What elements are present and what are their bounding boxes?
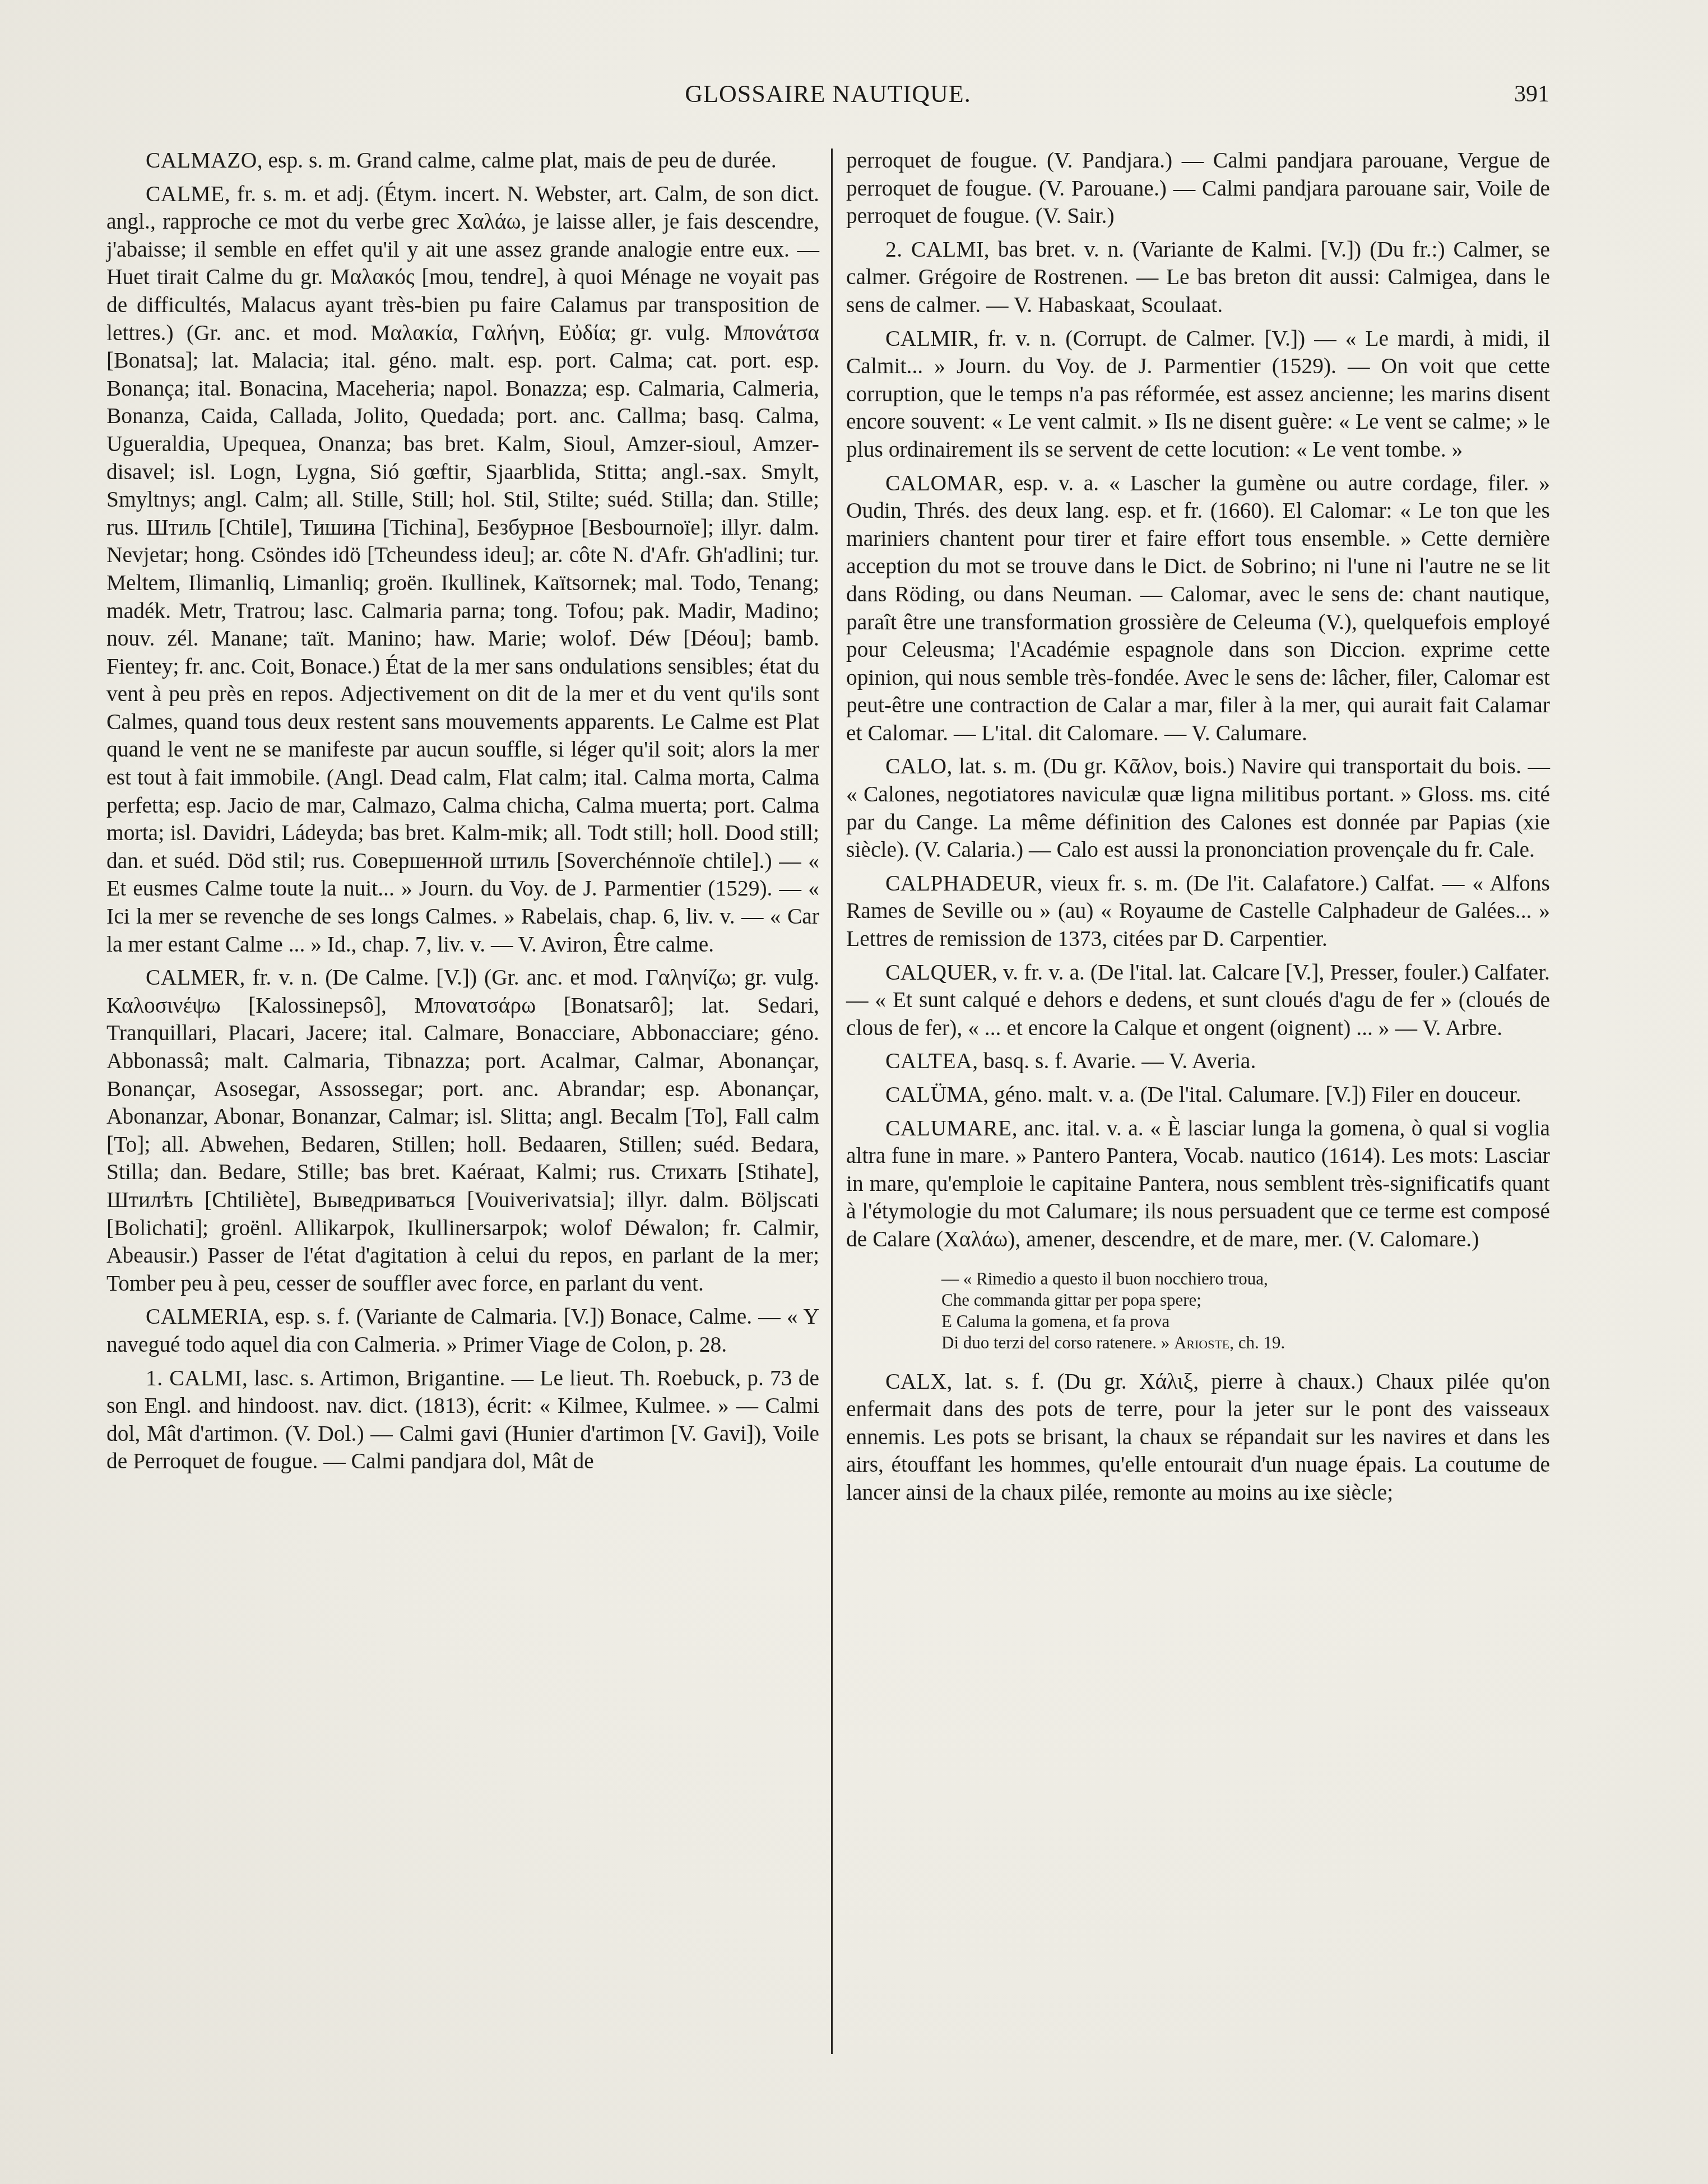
entry-calmeria: CALMERIA, esp. s. f. (Variante de Calmar… — [106, 1303, 819, 1358]
entry-text: , lat. s. m. (Du gr. Κᾶλον, bois.) Navir… — [846, 754, 1550, 862]
entry-calmi-1: 1. CALMI, lasc. s. Artimon, Brigantine. … — [106, 1365, 819, 1476]
verse-line: E Caluma la gomena, et fa prova — [941, 1311, 1550, 1332]
headword: CALPHADEUR — [885, 871, 1037, 896]
book-page: GLOSSAIRE NAUTIQUE. 391 CALMAZO, esp. s.… — [0, 0, 1708, 2184]
entry-calquer: CALQUER, v. fr. v. a. (De l'ital. lat. C… — [846, 959, 1550, 1042]
entry-calx: CALX, lat. s. f. (Du gr. Χάλιξ, pierre à… — [846, 1368, 1550, 1507]
entry-caluma: CALÜMA, géno. malt. v. a. (De l'ital. Ca… — [846, 1081, 1550, 1109]
verse-quote: — « Rimedio a questo il buon nocchiero t… — [941, 1268, 1550, 1353]
entry-text: , géno. malt. v. a. (De l'ital. Calumare… — [983, 1082, 1521, 1107]
entry-caltea: CALTEA, basq. s. f. Avarie. — V. Averia. — [846, 1047, 1550, 1075]
entry-calmazo: CALMAZO, esp. s. m. Grand calme, calme p… — [106, 147, 819, 175]
running-title: GLOSSAIRE NAUTIQUE. — [106, 77, 1549, 111]
headword: CALME — [146, 182, 225, 206]
entry-calo: CALO, lat. s. m. (Du gr. Κᾶλον, bois.) N… — [846, 753, 1550, 864]
verse-reference: , ch. 19. — [1229, 1333, 1285, 1352]
entry-calmir: CALMIR, fr. v. n. (Corrupt. de Calmer. [… — [846, 325, 1550, 464]
entry-text: , fr. s. m. et adj. (Étym. incert. N. We… — [106, 182, 819, 957]
left-column: CALMAZO, esp. s. m. Grand calme, calme p… — [106, 147, 819, 1481]
headword: CALMER — [146, 965, 240, 990]
entry-calmer: CALMER, fr. v. n. (De Calme. [V.]) (Gr. … — [106, 964, 819, 1297]
page-number: 391 — [1514, 77, 1549, 111]
entry-calomar: CALOMAR, esp. v. a. « Lascher la gumène … — [846, 470, 1550, 748]
verse-line: — « Rimedio a questo il buon nocchiero t… — [941, 1268, 1550, 1290]
verse-attribution: Arioste — [1174, 1333, 1229, 1352]
column-divider — [831, 149, 833, 2054]
entry-calphadeur: CALPHADEUR, vieux fr. s. m. (De l'it. Ca… — [846, 870, 1550, 953]
headword: CALQUER — [885, 960, 992, 985]
headword: CALMAZO — [146, 148, 257, 173]
headword: CALO — [885, 754, 947, 778]
headword: CALX — [885, 1369, 947, 1394]
headword: 1. CALMI — [146, 1366, 242, 1390]
entry-calmi-2: 2. CALMI, bas bret. v. n. (Variante de K… — [846, 236, 1550, 319]
headword: CALTEA — [885, 1049, 972, 1073]
entry-calmi-1-continued: perroquet de fougue. (V. Pandjara.) — Ca… — [846, 147, 1550, 230]
verse-line: Che commanda gittar per popa spere; — [941, 1290, 1550, 1311]
headword: CALUMARE — [885, 1116, 1012, 1140]
entry-calumare: CALUMARE, anc. ital. v. a. « È lasciar l… — [846, 1115, 1550, 1254]
right-column: perroquet de fougue. (V. Pandjara.) — Ca… — [846, 147, 1550, 1513]
entry-text: , esp. v. a. « Lascher la gumène ou autr… — [846, 471, 1550, 745]
running-head: GLOSSAIRE NAUTIQUE. 391 — [106, 77, 1549, 111]
headword: CALÜMA — [885, 1082, 983, 1107]
entry-calme: CALME, fr. s. m. et adj. (Étym. incert. … — [106, 180, 819, 959]
headword: 2. CALMI — [885, 237, 984, 262]
entry-text: , lat. s. f. (Du gr. Χάλιξ, pierre à cha… — [846, 1369, 1550, 1505]
entry-text: , esp. s. m. Grand calme, calme plat, ma… — [257, 148, 777, 173]
verse-line: Di duo terzi del corso ratenere. » — [941, 1333, 1169, 1352]
headword: CALOMAR — [885, 471, 998, 495]
entry-text: , basq. s. f. Avarie. — V. Averia. — [972, 1049, 1256, 1073]
headword: CALMERIA — [146, 1304, 263, 1329]
entry-text: , fr. v. n. (De Calme. [V.]) (Gr. anc. e… — [106, 965, 819, 1296]
entry-text: perroquet de fougue. (V. Pandjara.) — Ca… — [846, 148, 1550, 228]
headword: CALMIR — [885, 326, 973, 351]
